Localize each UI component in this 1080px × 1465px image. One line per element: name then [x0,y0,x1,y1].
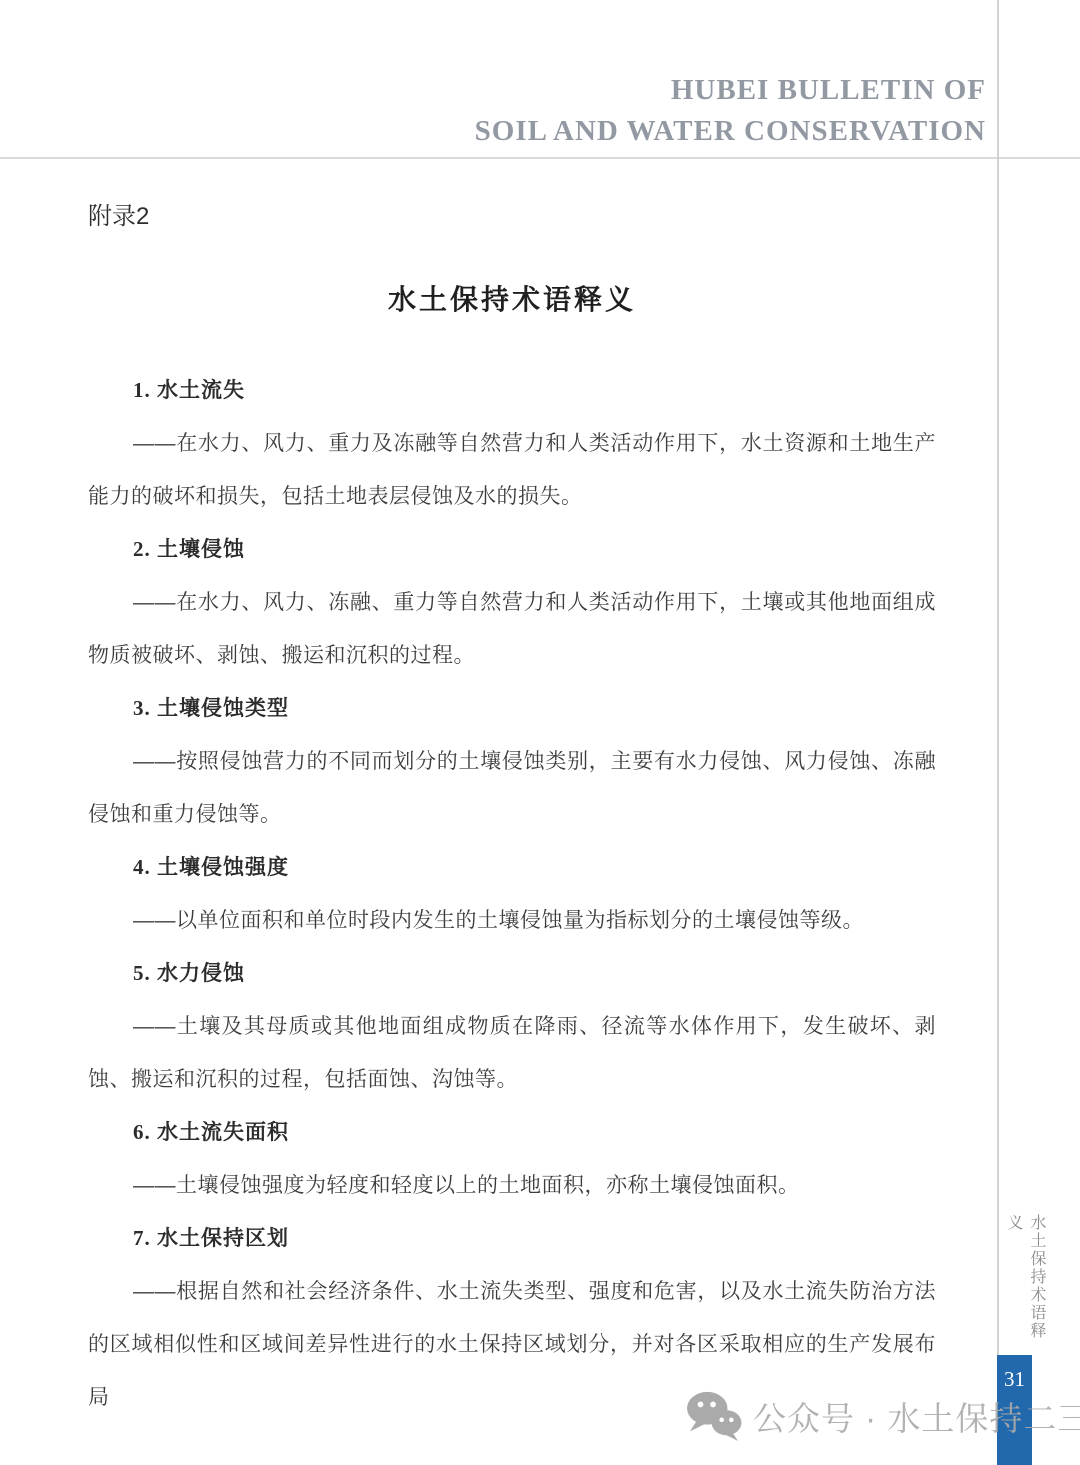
term-heading: 1. 水土流失 [88,364,936,417]
term-heading: 5. 水力侵蚀 [88,947,936,1000]
term-definition: ——按照侵蚀营力的不同而划分的土壤侵蚀类别，主要有水力侵蚀、风力侵蚀、冻融侵蚀和… [88,735,936,841]
document-page: HUBEI BULLETIN OF SOIL AND WATER CONSERV… [0,0,1080,1465]
term-heading: 3. 土壤侵蚀类型 [88,682,936,735]
journal-title-english: HUBEI BULLETIN OF SOIL AND WATER CONSERV… [475,70,986,152]
sidebar-vertical-label: 水土保持术语释义 [1002,1214,1048,1356]
page-title: 水土保持术语释义 [88,278,936,318]
term-definition: ——以单位面积和单位时段内发生的土壤侵蚀量为指标划分的土壤侵蚀等级。 [88,894,936,947]
term-definition: ——土壤及其母质或其他地面组成物质在降雨、径流等水体作用下，发生破坏、剥蚀、搬运… [88,1000,936,1106]
term-heading: 2. 土壤侵蚀 [88,523,936,576]
wechat-icon [685,1390,743,1442]
appendix-label: 附录2 [88,196,149,231]
watermark: 公众号 · 水土保持二三 [685,1390,1080,1442]
header-divider-line [0,157,1080,159]
term-heading: 4. 土壤侵蚀强度 [88,841,936,894]
term-definition: ——在水力、风力、冻融、重力等自然营力和人类活动作用下，土壤或其他地面组成物质被… [88,576,936,682]
term-heading: 7. 水土保持区划 [88,1212,936,1265]
term-definition: ——在水力、风力、重力及冻融等自然营力和人类活动作用下，水土资源和土地生产能力的… [88,417,936,523]
right-margin-vertical-line [997,0,999,1356]
terms-list: 1. 水土流失 ——在水力、风力、重力及冻融等自然营力和人类活动作用下，水土资源… [88,364,936,1424]
term-heading: 6. 水土流失面积 [88,1106,936,1159]
watermark-text: 公众号 · 水土保持二三 [753,1393,1080,1440]
page-number: 31 [1004,1367,1025,1392]
term-definition: ——土壤侵蚀强度为轻度和轻度以上的土地面积，亦称土壤侵蚀面积。 [88,1159,936,1212]
